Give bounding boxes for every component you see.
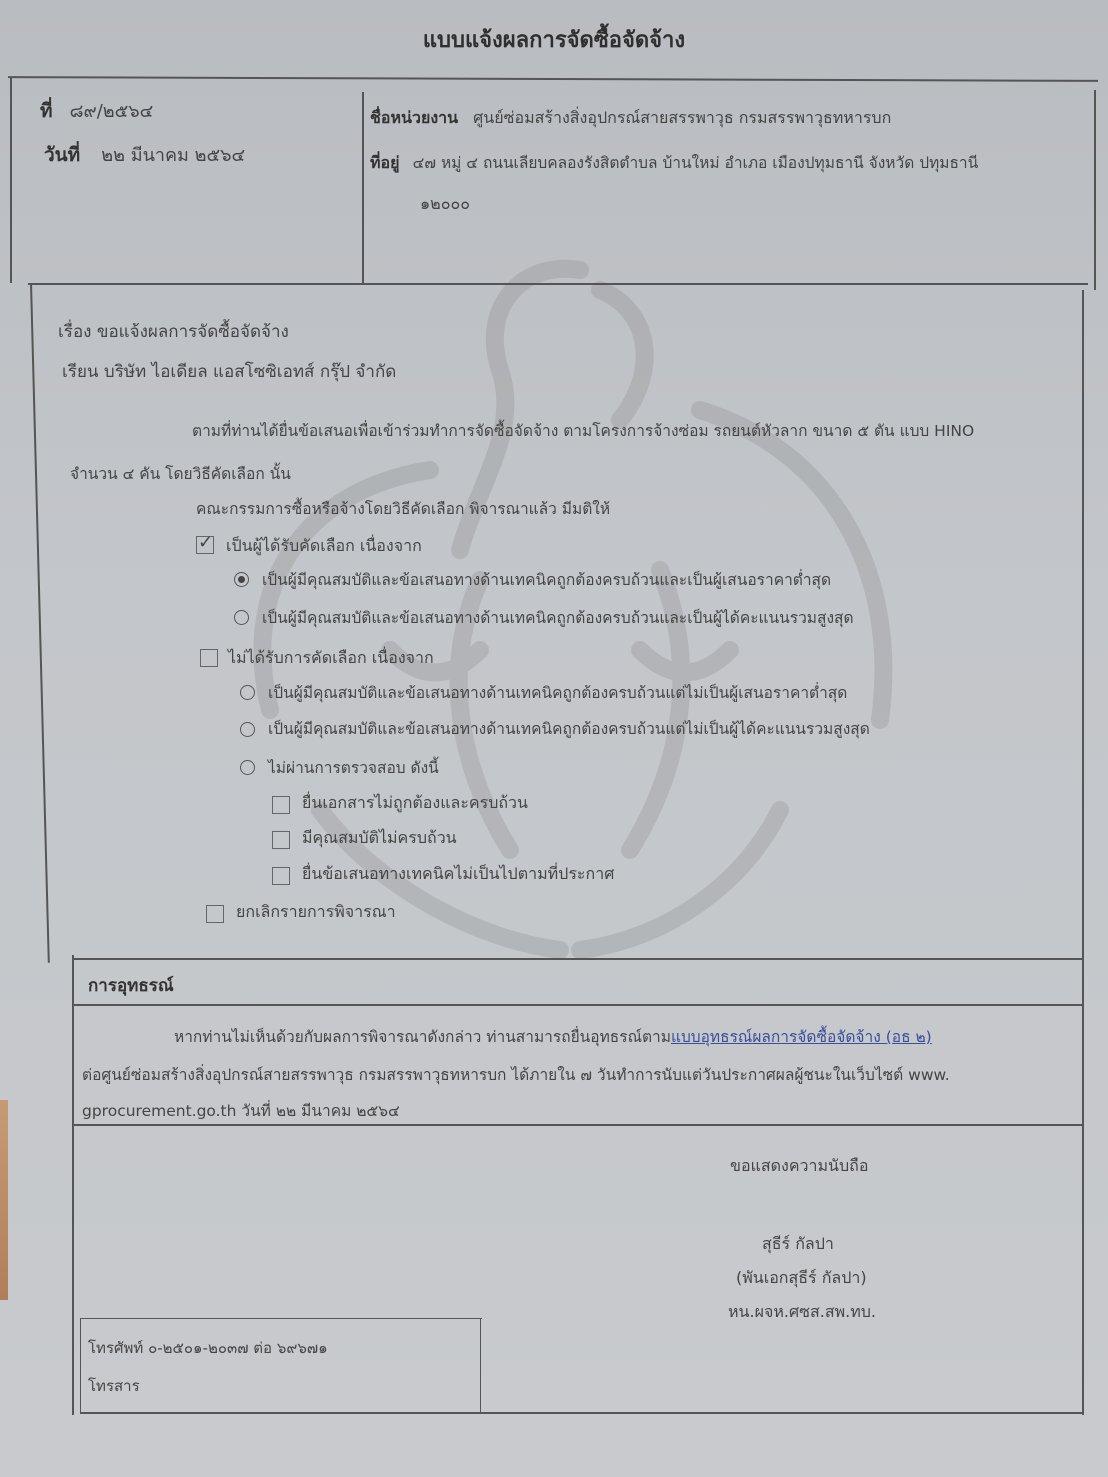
selected-option-2-radio[interactable] (234, 610, 249, 625)
not-selected-option-1-radio[interactable] (240, 685, 255, 700)
reference-label: ที่ (40, 100, 53, 122)
date-row: วันที่ ๒๒ มีนาคม ๒๕๖๔ (44, 140, 245, 170)
agency-value: ศูนย์ซ่อมสร้างสิ่งอุปกรณ์สายสรรพาวุธ กรม… (473, 108, 891, 127)
reference-row: ที่ ๘๙/๒๕๖๔ (40, 96, 153, 126)
appeal-line-3: gprocurement.go.th วันที่ ๒๒ มีนาคม ๒๕๖๔ (82, 1098, 400, 1123)
header-bottom (28, 283, 1088, 285)
body-line-1: ตามที่ท่านได้ยื่นข้อเสนอเพื่อเข้าร่วมทำก… (192, 418, 974, 443)
selected-option-1-label: เป็นผู้มีคุณสมบัติและข้อเสนอทางด้านเทคนิ… (262, 567, 831, 592)
cancel-checkbox[interactable] (206, 905, 224, 923)
not-selected-option-2-radio[interactable] (240, 722, 255, 737)
appeal-form-link[interactable]: แบบอุทธรณ์ผลการจัดซื้อจัดจ้าง (อธ ๒) (671, 1028, 932, 1046)
sub-check-1-checkbox[interactable] (272, 796, 290, 814)
contact-box-left (80, 1318, 81, 1413)
contact-box-right (480, 1318, 481, 1413)
selected-label: เป็นผู้ได้รับคัดเลือก เนื่องจาก (226, 534, 422, 559)
date-label: วันที่ (44, 144, 80, 166)
sub-check-3-checkbox[interactable] (272, 867, 290, 885)
appeal-heading-bottom (72, 1004, 1084, 1006)
agency-row: ชื่อหน่วยงาน ศูนย์ซ่อมสร้างสิ่งอุปกรณ์สา… (370, 106, 891, 131)
contact-box-top (80, 1318, 482, 1319)
not-selected-checkbox[interactable] (200, 649, 218, 667)
sub-check-1-label: ยื่นเอกสารไม่ถูกต้องและครบถ้วน (302, 791, 528, 816)
document-title: แบบแจ้งผลการจัดซื้อจัดจ้าง (0, 22, 1108, 57)
recipient: เรียน บริษัท ไอเดียล แอสโซซิเอทส์ กรุ๊ป … (62, 358, 396, 385)
appeal-line-1: หากท่านไม่เห็นด้วยกับผลการพิจารณาดังกล่า… (174, 1024, 932, 1049)
frame-left-body (30, 283, 50, 963)
body-line-2: จำนวน ๔ คัน โดยวิธีคัดเลือก นั้น (70, 461, 291, 486)
cancel-label: ยกเลิกรายการพิจารณา (236, 900, 396, 925)
selected-option-1-radio[interactable] (234, 572, 249, 587)
not-selected-option-2-label: เป็นผู้มีคุณสมบัติและข้อเสนอทางด้านเทคนิ… (268, 716, 870, 741)
signer-title: หน.ผจห.ศซส.สพ.ทบ. (728, 1300, 876, 1325)
reference-value: ๘๙/๒๕๖๔ (70, 101, 154, 122)
appeal-line-1-text: หากท่านไม่เห็นด้วยกับผลการพิจารณาดังกล่า… (174, 1028, 671, 1046)
sub-check-2-label: มีคุณสมบัติไม่ครบถ้วน (302, 826, 457, 851)
appeal-top-line (72, 958, 1084, 960)
appeal-body-bottom (72, 1124, 1084, 1126)
background-edge (0, 1100, 8, 1300)
closing: ขอแสดงความนับถือ (730, 1154, 868, 1179)
postcode: ๑๒๐๐๐ (420, 192, 470, 217)
subject: เรื่อง ขอแจ้งผลการจัดซื้อจัดจ้าง (58, 318, 289, 345)
date-value: ๒๒ มีนาคม ๒๕๖๔ (101, 145, 245, 166)
selected-option-2-label: เป็นผู้มีคุณสมบัติและข้อเสนอทางด้านเทคนิ… (262, 605, 854, 630)
frame-top (8, 76, 1098, 82)
appeal-heading: การอุทธรณ์ (88, 972, 174, 999)
frame-bottom (80, 1412, 1084, 1414)
frame-right-lower (1082, 290, 1084, 1415)
committee-line: คณะกรรมการซื้อหรือจ้างโดยวิธีคัดเลือก พิ… (196, 496, 610, 521)
phone: โทรศัพท์ ๐-๒๕๐๑-๒๐๓๗ ต่อ ๖๙๖๗๑ (88, 1336, 328, 1360)
sub-check-3-label: ยื่นข้อเสนอทางเทคนิคไม่เป็นไปตามที่ประกา… (302, 862, 614, 887)
frame-left-top (10, 78, 12, 283)
not-selected-option-3-radio[interactable] (240, 760, 255, 775)
signature: สุธีร์ กัลปา (762, 1232, 834, 1257)
address-label: ที่อยู่ (370, 153, 400, 172)
header-divider (362, 92, 364, 284)
fax: โทรสาร (88, 1374, 140, 1398)
agency-label: ชื่อหน่วยงาน (370, 108, 458, 127)
not-selected-option-3-label: ไม่ผ่านการตรวจสอบ ดังนี้ (268, 755, 439, 780)
frame-right-top (1094, 90, 1096, 290)
sub-check-2-checkbox[interactable] (272, 831, 290, 849)
not-selected-option-1-label: เป็นผู้มีคุณสมบัติและข้อเสนอทางด้านเทคนิ… (268, 680, 847, 705)
appeal-line-2: ต่อศูนย์ซ่อมสร้างสิ่งอุปกรณ์สายสรรพาวุธ … (82, 1062, 950, 1087)
address-value: ๔๗ หมู่ ๔ ถนนเลียบคลองรังสิตตำบล บ้านใหม… (413, 154, 979, 172)
selected-checkbox[interactable] (196, 536, 214, 554)
address-row: ที่อยู่ ๔๗ หมู่ ๔ ถนนเลียบคลองรังสิตตำบล… (370, 150, 978, 176)
not-selected-label: ไม่ได้รับการคัดเลือก เนื่องจาก (228, 646, 434, 671)
signer-name: (พันเอกสุธีร์ กัลปา) (736, 1266, 867, 1291)
frame-left-lower (72, 955, 74, 1415)
